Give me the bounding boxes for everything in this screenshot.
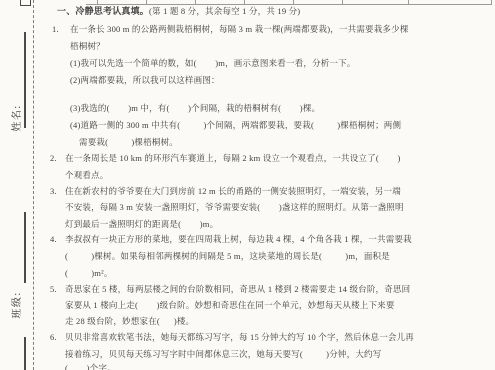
score-table-divider bbox=[195, 0, 196, 4]
question-2-line: 个观看点。 bbox=[65, 170, 109, 181]
question-2-line: 在一条周长是 10 km 的环形汽车赛道上，每隔 2 km 设立一个观看点，一共… bbox=[65, 153, 401, 164]
score-table-divider bbox=[146, 0, 147, 4]
cut-off-label-fragment bbox=[20, 0, 31, 6]
question-3-number: 3. bbox=[50, 186, 57, 197]
question-1-subitem-4: (4)道路一侧的 300 m 中共有( )个间隔，两端都要栽，要栽( )棵梧桐树… bbox=[70, 120, 401, 131]
question-6-line: ( )个字。 bbox=[65, 363, 116, 370]
question-4-line: ( )棵树。如果每相邻两棵树的间隔是 5 m，这块菜地的周长是( )m，面积是 bbox=[65, 251, 390, 262]
section-score-note: (第 1 题 8 分，其余每空 1 分，共 19 分) bbox=[149, 6, 300, 16]
bottom-write-line bbox=[24, 337, 26, 370]
question-5-line: 走 28 级台阶，妙想家在( )楼。 bbox=[65, 316, 194, 327]
question-3-line: 住在新农村的爷爷要在大门到房前 12 m 长的甬路的一侧安装照明灯，一端安装，另… bbox=[65, 186, 401, 197]
question-1-subitem-4-cont: 需要栽( )棵梧桐树。 bbox=[79, 137, 178, 148]
question-3-line: 灯到最后一盏照明灯的距离是( )m。 bbox=[65, 219, 218, 230]
question-5-number: 5. bbox=[50, 284, 57, 295]
question-1-line: 梧桐树？ bbox=[70, 41, 105, 52]
question-4-number: 4. bbox=[50, 234, 57, 245]
question-1-number: 1. bbox=[52, 24, 59, 35]
question-4-line: ( )m²。 bbox=[65, 268, 113, 279]
question-5-line: 奇思家在 5 楼，每两层楼之间的台阶数相同，奇思从 1 楼到 2 楼需要走 14… bbox=[65, 284, 410, 295]
section-title: 一、冷静思考认真填。 bbox=[57, 6, 149, 16]
student-class-label: 班级: bbox=[8, 283, 20, 327]
question-3-line: 不安装，每隔 3 m 安装一盏照明灯，爷爷需要安装( )盏这样的照明灯。从第一盏… bbox=[65, 202, 404, 213]
binding-fold-dashed-line bbox=[33, 0, 34, 370]
student-name-label: 姓名: bbox=[8, 96, 20, 140]
question-6-line: 接着练习，贝贝每天练习写字时中间都休息三次，她每天要写( )分钟，大约写 bbox=[65, 349, 381, 360]
question-6-number: 6. bbox=[50, 332, 57, 343]
score-table-divider bbox=[293, 0, 294, 4]
question-1-line: 在一条长 300 m 的公路两侧栽梧桐树，每隔 3 m 栽一棵(两端都要栽)，一… bbox=[70, 24, 409, 35]
question-2-number: 2. bbox=[50, 153, 57, 164]
question-4-line: 李叔叔有一块正方形的菜地，要在四周栽上树，每边栽 4 棵，4 个角各栽 1 棵，… bbox=[65, 234, 412, 245]
question-5-line: 家要从 1 楼向上走( )级台阶。妙想和奇思住在同一个单元，妙想每天从楼上下来要 bbox=[65, 300, 395, 311]
question-1-subitem-1: (1)我可以先选一个简单的数，如( )m，画示意图来看一看，分析一下。 bbox=[70, 58, 356, 69]
score-table-divider bbox=[97, 0, 98, 4]
score-table-divider bbox=[244, 0, 245, 4]
score-table-remnant bbox=[86, 0, 492, 5]
class-write-line bbox=[24, 212, 26, 283]
score-table-divider bbox=[408, 0, 409, 4]
question-1-subitem-2: (2)两端都要栽，所以我可以这样画图： bbox=[70, 75, 220, 86]
score-table-divider bbox=[342, 0, 343, 4]
section-header: 一、冷静思考认真填。(第 1 题 8 分，其余每空 1 分，共 19 分) bbox=[57, 6, 300, 17]
question-1-subitem-3: (3)我选的( )m 中，有( )个间隔，栽的梧桐树有( )棵。 bbox=[70, 103, 320, 114]
worksheet-page: { "paper": { "bg_color": "#fbfaf7", "ink… bbox=[0, 0, 495, 370]
question-6-line: 贝贝非常喜欢软笔书法，她每天都练习写字，每 15 分钟大约写 10 个字，然后休… bbox=[65, 332, 414, 343]
name-write-line bbox=[24, 32, 26, 128]
